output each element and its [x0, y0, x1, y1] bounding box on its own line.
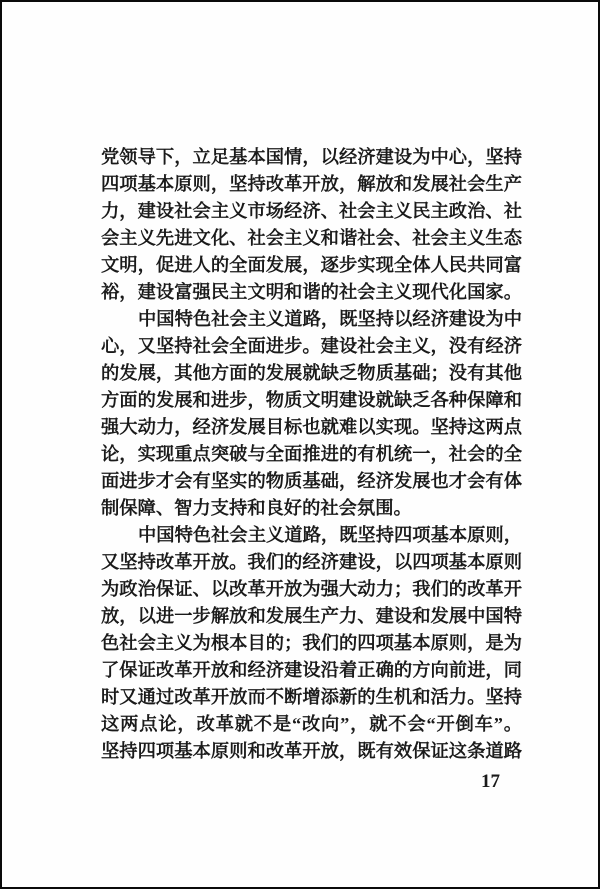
text-line: 时又通过改革开放而不断增添新的生机和活力。坚持 — [101, 684, 522, 711]
text-line: 论，实现重点突破与全面推进的有机统一，社会的全 — [101, 441, 522, 468]
paragraph: 中国特色社会主义道路，既坚持以经济建设为中 心，又坚持社会全面进步。建设社会主义… — [101, 306, 522, 522]
text-line: 力，建设社会主义市场经济、社会主义民主政治、社 — [101, 198, 522, 225]
text-line: 中国特色社会主义道路，既坚持四项基本原则， — [101, 522, 522, 549]
text-line: 为政治保证、以改革开放为强大动力；我们的改革开 — [101, 576, 522, 603]
text-line: 坚持四项基本原则和改革开放，既有效保证这条道路 — [101, 738, 522, 765]
text-line: 了保证改革开放和经济建设沿着正确的方向前进，同 — [101, 657, 522, 684]
text-line: 党领导下，立足基本国情，以经济建设为中心，坚持 — [101, 144, 522, 171]
paragraph: 中国特色社会主义道路，既坚持四项基本原则， 又坚持改革开放。我们的经济建设，以四… — [101, 522, 522, 765]
page-number: 17 — [101, 770, 522, 794]
text-line: 裕，建设富强民主文明和谐的社会主义现代化国家。 — [101, 279, 522, 306]
text-line: 心，又坚持社会全面进步。建设社会主义，没有经济 — [101, 333, 522, 360]
text-line: 这两点论，改革就不是“改向”，就不会“开倒车”。 — [101, 711, 522, 738]
text-line: 四项基本原则，坚持改革开放，解放和发展社会生产 — [101, 171, 522, 198]
text-line: 放，以进一步解放和发展生产力、建设和发展中国特 — [101, 603, 522, 630]
text-block: 党领导下，立足基本国情，以经济建设为中心，坚持 四项基本原则，坚持改革开放，解放… — [101, 144, 522, 765]
text-line: 又坚持改革开放。我们的经济建设，以四项基本原则 — [101, 549, 522, 576]
text-line: 会主义先进文化、社会主义和谐社会、社会主义生态 — [101, 225, 522, 252]
text-line: 文明，促进人的全面发展，逐步实现全体人民共同富 — [101, 252, 522, 279]
text-line: 的发展，其他方面的发展就缺乏物质基础；没有其他 — [101, 360, 522, 387]
text-line: 面进步才会有坚实的物质基础，经济发展也才会有体 — [101, 468, 522, 495]
paragraph: 党领导下，立足基本国情，以经济建设为中心，坚持 四项基本原则，坚持改革开放，解放… — [101, 144, 522, 306]
text-line: 方面的发展和进步，物质文明建设就缺乏各种保障和 — [101, 387, 522, 414]
text-line: 强大动力，经济发展目标也就难以实现。坚持这两点 — [101, 414, 522, 441]
text-line: 制保障、智力支持和良好的社会氛围。 — [101, 495, 522, 522]
book-page: 党领导下，立足基本国情，以经济建设为中心，坚持 四项基本原则，坚持改革开放，解放… — [0, 0, 600, 889]
text-line: 色社会主义为根本目的；我们的四项基本原则，是为 — [101, 630, 522, 657]
text-line: 中国特色社会主义道路，既坚持以经济建设为中 — [101, 306, 522, 333]
